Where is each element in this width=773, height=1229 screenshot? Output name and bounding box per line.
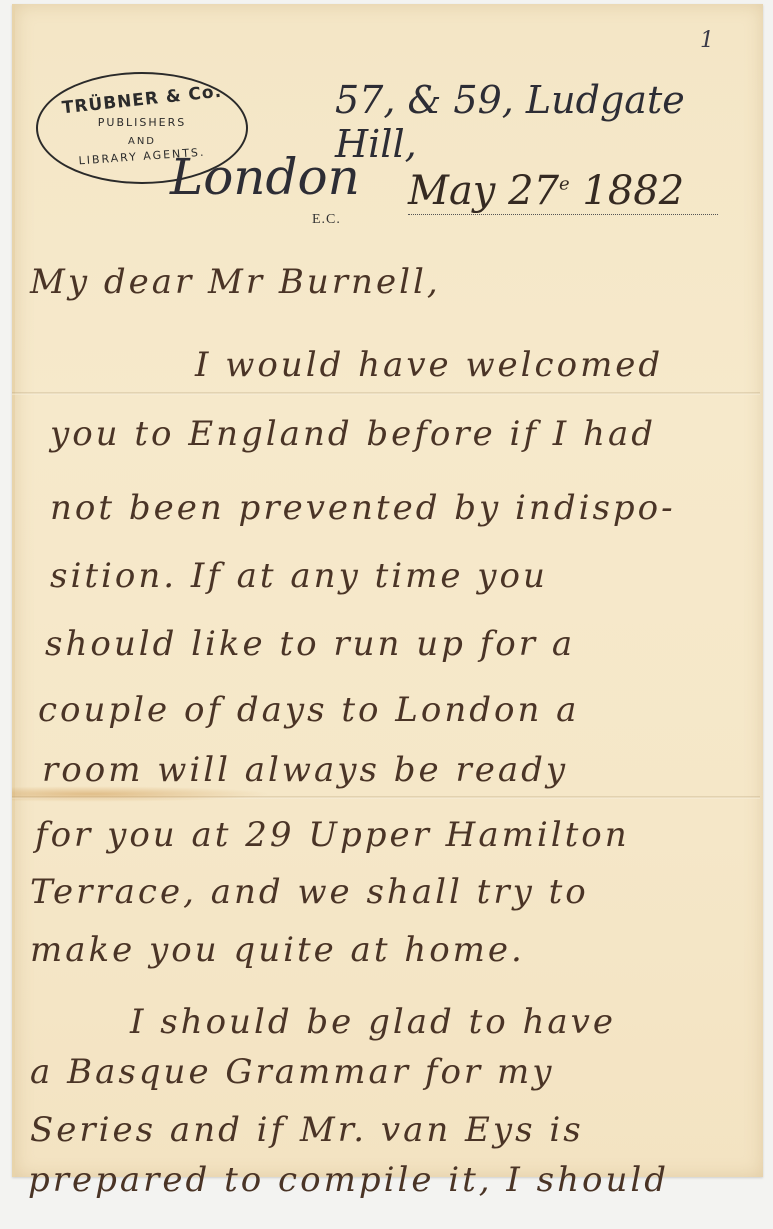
letterhead-address: 57, & 59, Ludgate Hill,	[335, 78, 773, 166]
body-line: prepared to compile it, I should	[28, 1160, 669, 1200]
body-line: for you at 29 Upper Hamilton	[35, 815, 630, 855]
letterhead-city: London	[170, 148, 360, 206]
postal-district: E.C.	[312, 212, 341, 228]
date-month-day: May 27	[408, 168, 559, 214]
body-line: sition. If at any time you	[50, 556, 548, 596]
fold-crease	[12, 392, 760, 395]
body-line: not been prevented by indispo-	[50, 488, 676, 528]
body-line: you to England before if I had	[50, 414, 656, 454]
body-line: should like to run up for a	[45, 624, 575, 664]
page-number: 1	[700, 28, 714, 53]
body-line: I should be glad to have	[130, 1002, 616, 1042]
body-line: room will always be ready	[42, 750, 568, 790]
date-year: 1882	[582, 168, 684, 214]
body-line: I would have welcomed	[195, 345, 663, 385]
letter-date: May 27e 1882	[408, 168, 718, 215]
body-line: Series and if Mr. van Eys is	[30, 1110, 584, 1150]
body-line: make you quite at home.	[30, 930, 525, 970]
body-line: Terrace, and we shall try to	[30, 872, 589, 912]
salutation: My dear Mr Burnell,	[30, 262, 441, 302]
date-suffix: e	[559, 174, 570, 195]
body-line: a Basque Grammar for my	[30, 1052, 554, 1092]
stamp-line: PUBLISHERS	[38, 116, 246, 129]
body-line: couple of days to London a	[38, 690, 579, 730]
